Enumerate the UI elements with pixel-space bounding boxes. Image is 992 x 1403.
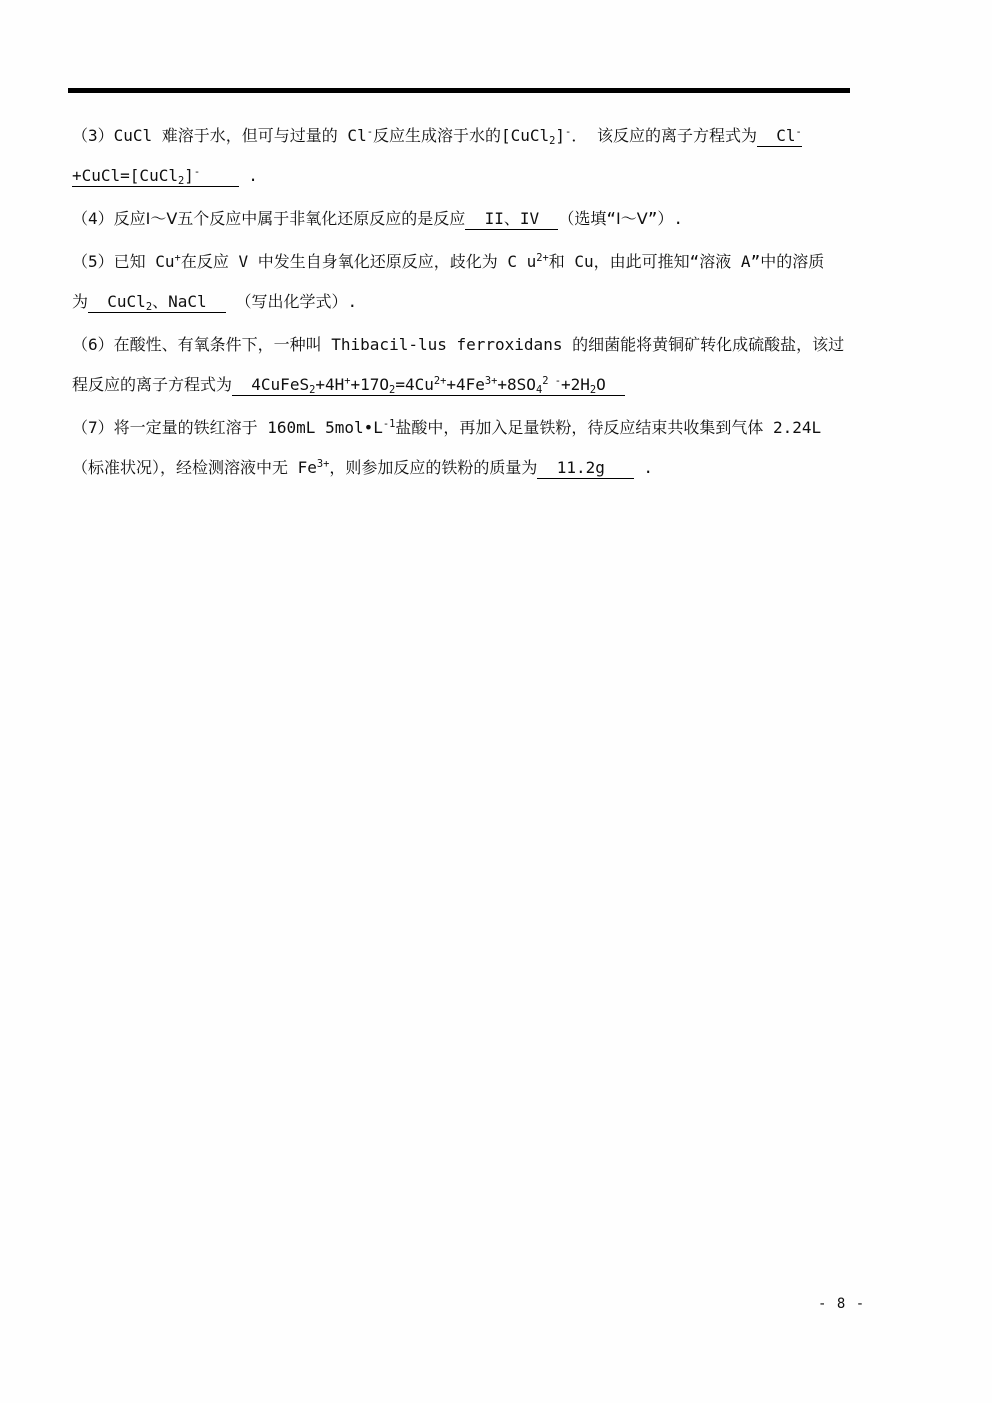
text-run: +CuCl=[CuCl <box>72 166 178 185</box>
text-run: =4Cu <box>395 375 434 394</box>
text-line: +CuCl=[CuCl2]- . <box>72 156 862 196</box>
text-run: （3）CuCl 难溶于水，但可与过量的 Cl <box>72 126 367 145</box>
subscript: 2 <box>146 301 152 313</box>
answer-underline: II、IV <box>465 209 558 230</box>
superscript: - <box>795 126 801 138</box>
paragraph: （5）已知 Cu+在反应 V 中发生自身氧化还原反应，歧化为 C u2+和 Cu… <box>72 242 862 322</box>
superscript: -1 <box>383 418 396 430</box>
answer-underline: 11.2g <box>537 458 633 479</box>
superscript: - <box>194 166 200 178</box>
text-run: 反应生成溶于水的[CuCl <box>373 126 549 145</box>
text-line: （3）CuCl 难溶于水，但可与过量的 Cl-反应生成溶于水的[CuCl2]-．… <box>72 116 862 156</box>
text-run: 11.2g <box>537 458 633 477</box>
text-run: II、IV <box>465 209 558 228</box>
text-run: 程反应的离子方程式为 <box>72 375 232 394</box>
text-run: （6）在酸性、有氧条件下，一种叫 Thibacil-lus ferroxidan… <box>72 335 844 354</box>
superscript: 2+ <box>536 252 549 264</box>
superscript: 2 - <box>542 375 561 387</box>
text-run: . <box>634 458 653 477</box>
paragraph: （3）CuCl 难溶于水，但可与过量的 Cl-反应生成溶于水的[CuCl2]-．… <box>72 116 862 196</box>
subscript: 2 <box>590 384 596 396</box>
text-run: 、NaCl <box>152 292 226 311</box>
subscript: 2 <box>309 384 315 396</box>
answer-underline: Cl- <box>757 126 802 147</box>
text-run: 在反应 V 中发生自身氧化还原反应，歧化为 C u <box>181 252 536 271</box>
text-line: （6）在酸性、有氧条件下，一种叫 Thibacil-lus ferroxidan… <box>72 325 862 365</box>
text-run: ． 该反应的离子方程式为 <box>571 126 757 145</box>
superscript: + <box>175 252 181 264</box>
text-run: （4）反应Ⅰ～Ⅴ五个反应中属于非氧化还原反应的是反应 <box>72 209 465 228</box>
text-run <box>200 166 239 185</box>
text-run: （写出化学式）. <box>226 292 357 311</box>
text-line: 为 CuCl2、NaCl （写出化学式）. <box>72 282 862 322</box>
text-run: （标准状况），经检测溶液中无 Fe <box>72 458 317 477</box>
text-line: （5）已知 Cu+在反应 V 中发生自身氧化还原反应，歧化为 C u2+和 Cu… <box>72 242 862 282</box>
document-page: （3）CuCl 难溶于水，但可与过量的 Cl-反应生成溶于水的[CuCl2]-．… <box>0 0 992 1403</box>
subscript: 2 <box>549 135 555 147</box>
subscript: 2 <box>389 384 395 396</box>
text-run: +4Fe <box>446 375 485 394</box>
text-run: +4H <box>315 375 344 394</box>
text-run: （5）已知 Cu <box>72 252 175 271</box>
subscript: 2 <box>178 175 184 187</box>
document-body: （3）CuCl 难溶于水，但可与过量的 Cl-反应生成溶于水的[CuCl2]-．… <box>72 116 862 491</box>
answer-underline: +CuCl=[CuCl2]- <box>72 166 239 187</box>
page-number: - 8 - <box>818 1294 865 1314</box>
text-run: ] <box>555 126 565 145</box>
text-line: 程反应的离子方程式为 4CuFeS2+4H++17O2=4Cu2++4Fe3++… <box>72 365 862 405</box>
text-run: ，则参加反应的铁粉的质量为 <box>329 458 537 477</box>
text-line: （标准状况），经检测溶液中无 Fe3+，则参加反应的铁粉的质量为 11.2g . <box>72 448 862 488</box>
superscript: 3+ <box>317 458 330 470</box>
text-run: Cl <box>757 126 796 145</box>
text-run: 盐酸中，再加入足量铁粉，待反应结束共收集到气体 2.24L <box>395 418 821 437</box>
paragraph: （6）在酸性、有氧条件下，一种叫 Thibacil-lus ferroxidan… <box>72 325 862 405</box>
text-run: 为 <box>72 292 88 311</box>
paragraph: （4）反应Ⅰ～Ⅴ五个反应中属于非氧化还原反应的是反应 II、IV （选填“Ⅰ～Ⅴ… <box>72 199 862 239</box>
text-run: （7）将一定量的铁红溶于 160mL 5mol•L <box>72 418 383 437</box>
text-run: +17O <box>351 375 390 394</box>
text-run: （选填“Ⅰ～Ⅴ”）. <box>558 209 683 228</box>
header-rule <box>68 88 850 93</box>
superscript: - <box>565 126 571 138</box>
text-line: （4）反应Ⅰ～Ⅴ五个反应中属于非氧化还原反应的是反应 II、IV （选填“Ⅰ～Ⅴ… <box>72 199 862 239</box>
superscript: + <box>344 375 350 387</box>
superscript: 3+ <box>485 375 498 387</box>
text-run: CuCl <box>88 292 146 311</box>
text-run: +2H <box>561 375 590 394</box>
text-run: 和 Cu，由此可推知“溶液 A”中的溶质 <box>549 252 824 271</box>
paragraph: （7）将一定量的铁红溶于 160mL 5mol•L-1盐酸中，再加入足量铁粉，待… <box>72 408 862 488</box>
superscript: 2+ <box>434 375 447 387</box>
text-run: . <box>239 166 258 185</box>
text-run: O <box>596 375 625 394</box>
answer-underline: CuCl2、NaCl <box>88 292 226 313</box>
text-run: +8SO <box>497 375 536 394</box>
text-run: ] <box>184 166 194 185</box>
text-line: （7）将一定量的铁红溶于 160mL 5mol•L-1盐酸中，再加入足量铁粉，待… <box>72 408 862 448</box>
answer-underline: 4CuFeS2+4H++17O2=4Cu2++4Fe3++8SO42 -+2H2… <box>232 375 625 396</box>
text-run: 4CuFeS <box>232 375 309 394</box>
superscript: - <box>367 126 373 138</box>
